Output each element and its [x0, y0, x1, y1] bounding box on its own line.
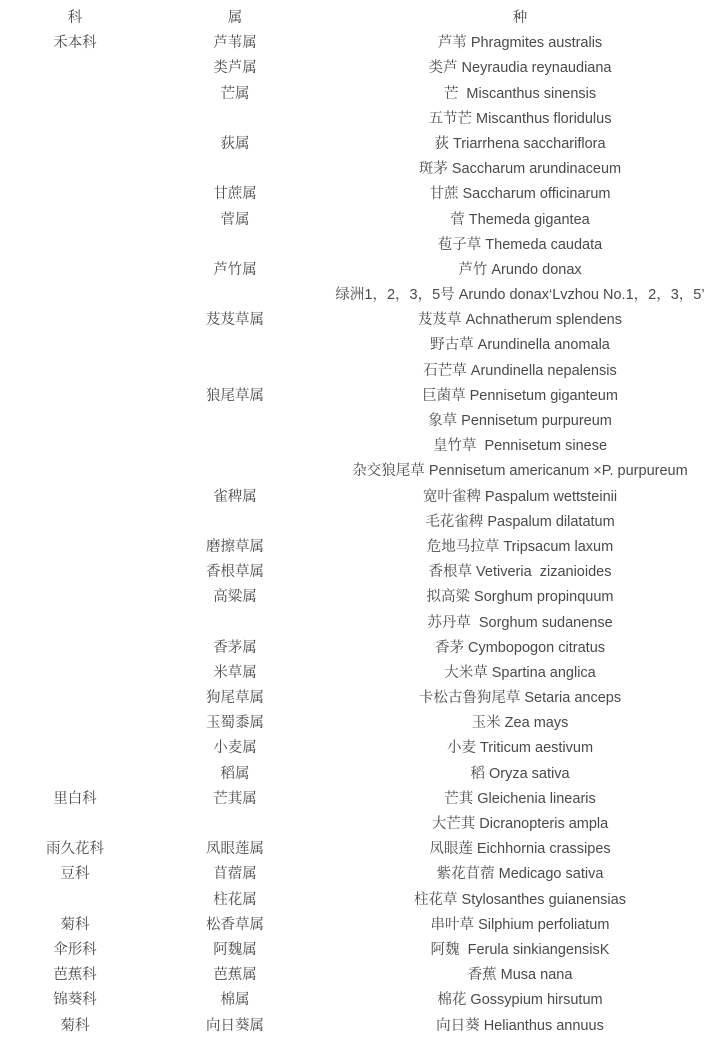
table-row: 伞形科阿魏属阿魏 Ferula sinkiangensisK — [0, 938, 720, 963]
table-row: 香茅属香茅 Cymbopogon citratus — [0, 636, 720, 661]
family-cell: 里白科 — [0, 787, 150, 812]
table-row: 野古草 Arundinella anomala — [0, 333, 720, 358]
table-row: 小麦属小麦 Triticum aestivum — [0, 736, 720, 761]
species-cell: 香茅 Cymbopogon citratus — [320, 636, 720, 661]
species-cell: 毛花雀稗 Paspalum dilatatum — [320, 510, 720, 535]
species-cell: 玉米 Zea mays — [320, 711, 720, 736]
species-cell: 宽叶雀稗 Paspalum wettsteinii — [320, 485, 720, 510]
species-cell: 柱花草 Stylosanthes guianensias — [320, 888, 720, 913]
genus-cell: 荻属 — [150, 132, 320, 157]
table-row: 芦竹属芦竹 Arundo donax — [0, 258, 720, 283]
table-row: 毛花雀稗 Paspalum dilatatum — [0, 510, 720, 535]
genus-cell: 芦苇属 — [150, 31, 320, 56]
genus-cell: 阿魏属 — [150, 938, 320, 963]
species-cell: 杂交狼尾草 Pennisetum americanum ×P. purpureu… — [320, 459, 720, 484]
family-cell: 雨久花科 — [0, 837, 150, 862]
species-cell: 芦苇 Phragmites australis — [320, 31, 720, 56]
species-cell: 象草 Pennisetum purpureum — [320, 409, 720, 434]
genus-cell: 芒属 — [150, 82, 320, 107]
species-cell: 类芦 Neyraudia reynaudiana — [320, 56, 720, 81]
table-row: 甘蔗属甘蔗 Saccharum officinarum — [0, 182, 720, 207]
genus-cell: 芨芨草属 — [150, 308, 320, 333]
species-cell: 苏丹草 Sorghum sudanense — [320, 611, 720, 636]
genus-cell: 松香草属 — [150, 913, 320, 938]
species-table: 科 属 种 禾本科芦苇属芦苇 Phragmites australis类芦属类芦… — [0, 0, 720, 1039]
species-cell: 菅 Themeda gigantea — [320, 208, 720, 233]
table-row: 绿洲1，2，3，5号 Arundo donax‘Lvzhou No.1，2，3，… — [0, 283, 720, 308]
table-row: 杂交狼尾草 Pennisetum americanum ×P. purpureu… — [0, 459, 720, 484]
table-row: 高粱属拟高粱 Sorghum propinquum — [0, 585, 720, 610]
species-cell: 香根草 Vetiveria zizanioides — [320, 560, 720, 585]
species-cell: 五节芒 Miscanthus floridulus — [320, 107, 720, 132]
table-row: 皇竹草 Pennisetum sinese — [0, 434, 720, 459]
species-cell: 串叶草 Silphium perfoliatum — [320, 913, 720, 938]
genus-cell: 雀稗属 — [150, 485, 320, 510]
species-cell: 巨菌草 Pennisetum giganteum — [320, 384, 720, 409]
genus-cell: 小麦属 — [150, 736, 320, 761]
table-row: 里白科芒萁属芒萁 Gleichenia linearis — [0, 787, 720, 812]
species-cell: 荻 Triarrhena sacchariflora — [320, 132, 720, 157]
table-row: 石芒草 Arundinella nepalensis — [0, 359, 720, 384]
genus-cell: 狗尾草属 — [150, 686, 320, 711]
species-cell: 香蕉 Musa nana — [320, 963, 720, 988]
genus-cell: 菅属 — [150, 208, 320, 233]
table-row: 柱花属柱花草 Stylosanthes guianensias — [0, 888, 720, 913]
table-row: 芒属芒 Miscanthus sinensis — [0, 82, 720, 107]
table-row: 斑茅 Saccharum arundinaceum — [0, 157, 720, 182]
table-row: 禾本科芦苇属芦苇 Phragmites australis — [0, 31, 720, 56]
genus-cell: 香茅属 — [150, 636, 320, 661]
species-cell: 芒萁 Gleichenia linearis — [320, 787, 720, 812]
table-row: 芨芨草属芨芨草 Achnatherum splendens — [0, 308, 720, 333]
table-row: 菅属菅 Themeda gigantea — [0, 208, 720, 233]
table-row: 豆科苜蓿属紫花苜蓿 Medicago sativa — [0, 862, 720, 887]
species-cell: 阿魏 Ferula sinkiangensisK — [320, 938, 720, 963]
table-row: 雨久花科凤眼莲属凤眼莲 Eichhornia crassipes — [0, 837, 720, 862]
species-cell: 绿洲1，2，3，5号 Arundo donax‘Lvzhou No.1，2，3，… — [320, 283, 720, 308]
genus-cell: 凤眼莲属 — [150, 837, 320, 862]
species-table-body: 禾本科芦苇属芦苇 Phragmites australis类芦属类芦 Neyra… — [0, 31, 720, 1039]
family-column-header: 科 — [0, 6, 150, 31]
genus-cell: 柱花属 — [150, 888, 320, 913]
species-cell: 拟高粱 Sorghum propinquum — [320, 585, 720, 610]
table-row: 狼尾草属巨菌草 Pennisetum giganteum — [0, 384, 720, 409]
species-cell: 斑茅 Saccharum arundinaceum — [320, 157, 720, 182]
genus-cell: 芒萁属 — [150, 787, 320, 812]
species-cell: 小麦 Triticum aestivum — [320, 736, 720, 761]
table-row: 大芒萁 Dicranopteris ampla — [0, 812, 720, 837]
genus-cell: 向日葵属 — [150, 1014, 320, 1039]
genus-cell: 苜蓿属 — [150, 862, 320, 887]
table-row: 香根草属香根草 Vetiveria zizanioides — [0, 560, 720, 585]
family-cell: 菊科 — [0, 1014, 150, 1039]
family-cell: 芭蕉科 — [0, 963, 150, 988]
table-row: 磨擦草属危地马拉草 Tripsacum laxum — [0, 535, 720, 560]
family-cell: 伞形科 — [0, 938, 150, 963]
genus-cell: 芦竹属 — [150, 258, 320, 283]
species-cell: 石芒草 Arundinella nepalensis — [320, 359, 720, 384]
species-cell: 苞子草 Themeda caudata — [320, 233, 720, 258]
table-row: 五节芒 Miscanthus floridulus — [0, 107, 720, 132]
genus-cell: 高粱属 — [150, 585, 320, 610]
species-cell: 凤眼莲 Eichhornia crassipes — [320, 837, 720, 862]
species-column-header: 种 — [320, 6, 720, 31]
species-cell: 甘蔗 Saccharum officinarum — [320, 182, 720, 207]
table-row: 类芦属类芦 Neyraudia reynaudiana — [0, 56, 720, 81]
species-cell: 危地马拉草 Tripsacum laxum — [320, 535, 720, 560]
table-row: 苏丹草 Sorghum sudanense — [0, 611, 720, 636]
genus-cell: 香根草属 — [150, 560, 320, 585]
species-cell: 紫花苜蓿 Medicago sativa — [320, 862, 720, 887]
family-cell: 禾本科 — [0, 31, 150, 56]
species-cell: 大芒萁 Dicranopteris ampla — [320, 812, 720, 837]
species-cell: 野古草 Arundinella anomala — [320, 333, 720, 358]
genus-cell: 稻属 — [150, 762, 320, 787]
table-row: 苞子草 Themeda caudata — [0, 233, 720, 258]
genus-cell: 狼尾草属 — [150, 384, 320, 409]
species-cell: 皇竹草 Pennisetum sinese — [320, 434, 720, 459]
species-cell: 稻 Oryza sativa — [320, 762, 720, 787]
species-cell: 大米草 Spartina anglica — [320, 661, 720, 686]
table-row: 米草属大米草 Spartina anglica — [0, 661, 720, 686]
species-cell: 芦竹 Arundo donax — [320, 258, 720, 283]
genus-cell: 玉蜀黍属 — [150, 711, 320, 736]
table-row: 荻属荻 Triarrhena sacchariflora — [0, 132, 720, 157]
table-header-row: 科 属 种 — [0, 6, 720, 31]
table-row: 菊科松香草属串叶草 Silphium perfoliatum — [0, 913, 720, 938]
table-row: 菊科向日葵属向日葵 Helianthus annuus — [0, 1014, 720, 1039]
table-row: 狗尾草属卡松古鲁狗尾草 Setaria anceps — [0, 686, 720, 711]
genus-cell: 甘蔗属 — [150, 182, 320, 207]
table-row: 象草 Pennisetum purpureum — [0, 409, 720, 434]
genus-cell: 磨擦草属 — [150, 535, 320, 560]
genus-cell: 米草属 — [150, 661, 320, 686]
family-cell: 锦葵科 — [0, 988, 150, 1013]
table-row: 芭蕉科芭蕉属香蕉 Musa nana — [0, 963, 720, 988]
family-cell: 菊科 — [0, 913, 150, 938]
genus-column-header: 属 — [150, 6, 320, 31]
table-row: 锦葵科棉属棉花 Gossypium hirsutum — [0, 988, 720, 1013]
species-cell: 棉花 Gossypium hirsutum — [320, 988, 720, 1013]
table-row: 玉蜀黍属玉米 Zea mays — [0, 711, 720, 736]
species-cell: 芨芨草 Achnatherum splendens — [320, 308, 720, 333]
genus-cell: 类芦属 — [150, 56, 320, 81]
species-cell: 芒 Miscanthus sinensis — [320, 82, 720, 107]
genus-cell: 棉属 — [150, 988, 320, 1013]
genus-cell: 芭蕉属 — [150, 963, 320, 988]
table-row: 稻属稻 Oryza sativa — [0, 762, 720, 787]
family-cell: 豆科 — [0, 862, 150, 887]
table-row: 雀稗属宽叶雀稗 Paspalum wettsteinii — [0, 485, 720, 510]
species-cell: 向日葵 Helianthus annuus — [320, 1014, 720, 1039]
species-cell: 卡松古鲁狗尾草 Setaria anceps — [320, 686, 720, 711]
